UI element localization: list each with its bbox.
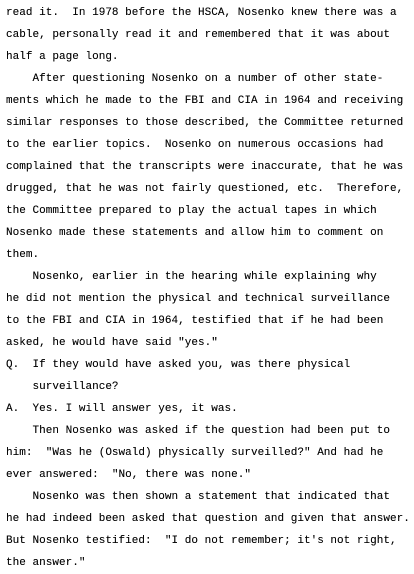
qa-question-line: surveillance? (6, 376, 414, 398)
text-line: cable, personally read it and remembered… (6, 24, 414, 46)
text-line: the Committee prepared to play the actua… (6, 200, 414, 222)
text-line: he did not mention the physical and tech… (6, 288, 414, 310)
text-line: Nosenko was then shown a statement that … (6, 486, 414, 508)
text-line: he had indeed been asked that question a… (6, 508, 414, 530)
text-line: After questioning Nosenko on a number of… (6, 68, 414, 90)
text-line: asked, he would have said "yes." (6, 332, 414, 354)
qa-answer-line: A. Yes. I will answer yes, it was. (6, 398, 414, 420)
text-line: ments which he made to the FBI and CIA i… (6, 90, 414, 112)
text-line: them. (6, 244, 414, 266)
text-line: to the earlier topics. Nosenko on numero… (6, 134, 414, 156)
qa-question-line: Q. If they would have asked you, was the… (6, 354, 414, 376)
text-line: to the FBI and CIA in 1964, testified th… (6, 310, 414, 332)
text-line: half a page long. (6, 46, 414, 68)
text-line: Nosenko made these statements and allow … (6, 222, 414, 244)
text-line: him: "Was he (Oswald) physically surveil… (6, 442, 414, 464)
text-line: complained that the transcripts were ina… (6, 156, 414, 178)
text-line: But Nosenko testified: "I do not remembe… (6, 530, 414, 552)
text-line: Nosenko, earlier in the hearing while ex… (6, 266, 414, 288)
text-line: ever answered: "No, there was none." (6, 464, 414, 486)
text-line: drugged, that he was not fairly question… (6, 178, 414, 200)
text-line: similar responses to those described, th… (6, 112, 414, 134)
text-line: the answer." (6, 552, 414, 574)
document-page: read it. In 1978 before the HSCA, Nosenk… (0, 0, 414, 574)
text-line: Then Nosenko was asked if the question h… (6, 420, 414, 442)
text-line: read it. In 1978 before the HSCA, Nosenk… (6, 2, 414, 24)
